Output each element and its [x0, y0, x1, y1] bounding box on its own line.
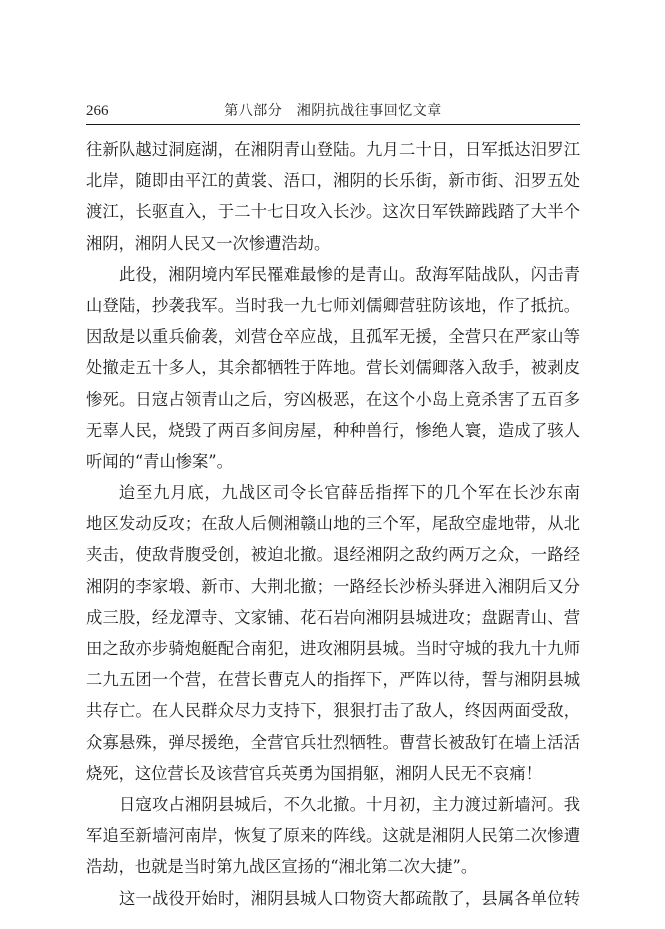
section-title: 第八部分 湘阴抗战往事回忆文章 — [86, 101, 580, 121]
text-line: 浩劫，也就是当时第九战区宣扬的“湘北第二次大捷”。 — [86, 851, 580, 882]
text-line: 湘阴，湘阴人民又一次惨遭浩劫。 — [86, 228, 580, 259]
header-rule — [86, 124, 580, 125]
text-line: 共存亡。在人民群众尽力支持下，狠狠打击了敌人，终因两面受敌， — [86, 695, 580, 726]
text-line: 烧死，这位营长及该营官兵英勇为国捐躯，湘阴人民无不哀痛！ — [86, 758, 580, 789]
text-line: 成三股，经龙潭寺、文家铺、花石岩向湘阴县城进攻；盘踞青山、营 — [86, 602, 580, 633]
text-line: 山登陆，抄袭我军。当时我一九七师刘儒卿营驻防该地，作了抵抗。 — [86, 290, 580, 321]
text-line: 惨死。日寇占领青山之后，穷凶极恶，在这个小岛上竟杀害了五百多 — [86, 384, 580, 415]
text-line: 众寡悬殊，弹尽援绝，全营官兵壮烈牺牲。曹营长被敌钉在墙上活活 — [86, 727, 580, 758]
paragraph-first-line: 这一战役开始时，湘阴县城人口物资大都疏散了，县属各单位转 — [86, 883, 580, 914]
body-text: 往新队越过洞庭湖，在湘阴青山登陆。九月二十日，日军抵达汨罗江北岸，随即由平江的黄… — [86, 134, 580, 914]
text-line: 田之敌亦步骑炮艇配合南犯，进攻湘阴县城。当时守城的我九十九师 — [86, 633, 580, 664]
book-page: 266 第八部分 湘阴抗战往事回忆文章 往新队越过洞庭湖，在湘阴青山登陆。九月二… — [0, 0, 665, 929]
paragraph-first-line: 迨至九月底，九战区司令长官薛岳指挥下的几个军在长沙东南 — [86, 477, 580, 508]
text-line: 渡江，长驱直入，于二十七日攻入长沙。这次日军铁蹄践踏了大半个 — [86, 196, 580, 227]
text-line: 湘阴的李家塅、新市、大荆北撤；一路经长沙桥头驿进入湘阴后又分 — [86, 571, 580, 602]
text-line: 地区发动反攻；在敌人后侧湘赣山地的三个军，尾敌空虚地带，从北 — [86, 508, 580, 539]
text-line: 二九五团一个营，在营长曹克人的指挥下，严阵以待，誓与湘阴县城 — [86, 664, 580, 695]
text-line: 无辜人民，烧毁了两百多间房屋，种种兽行，惨绝人寰，造成了骇人 — [86, 415, 580, 446]
text-line: 北岸，随即由平江的黄裳、浯口，湘阴的长乐街，新市街、汨罗五处 — [86, 165, 580, 196]
text-line: 处撤走五十多人，其余都牺牲于阵地。营长刘儒卿落入敌手，被剥皮 — [86, 352, 580, 383]
text-line: 听闻的“青山惨案”。 — [86, 446, 580, 477]
paragraph-first-line: 此役，湘阴境内军民罹难最惨的是青山。敌海军陆战队，闪击青 — [86, 259, 580, 290]
text-line: 夹击，使敌背腹受创，被迫北撤。退经湘阴之敌约两万之众，一路经 — [86, 539, 580, 570]
text-line: 往新队越过洞庭湖，在湘阴青山登陆。九月二十日，日军抵达汨罗江 — [86, 134, 580, 165]
running-header: 266 第八部分 湘阴抗战往事回忆文章 — [86, 101, 580, 121]
paragraph-first-line: 日寇攻占湘阴县城后，不久北撤。十月初，主力渡过新墙河。我 — [86, 789, 580, 820]
text-line: 因敌是以重兵偷袭，刘营仓卒应战，且孤军无援，全营只在严家山等 — [86, 321, 580, 352]
text-line: 军追至新墙河南岸，恢复了原来的阵线。这就是湘阴人民第二次惨遭 — [86, 820, 580, 851]
